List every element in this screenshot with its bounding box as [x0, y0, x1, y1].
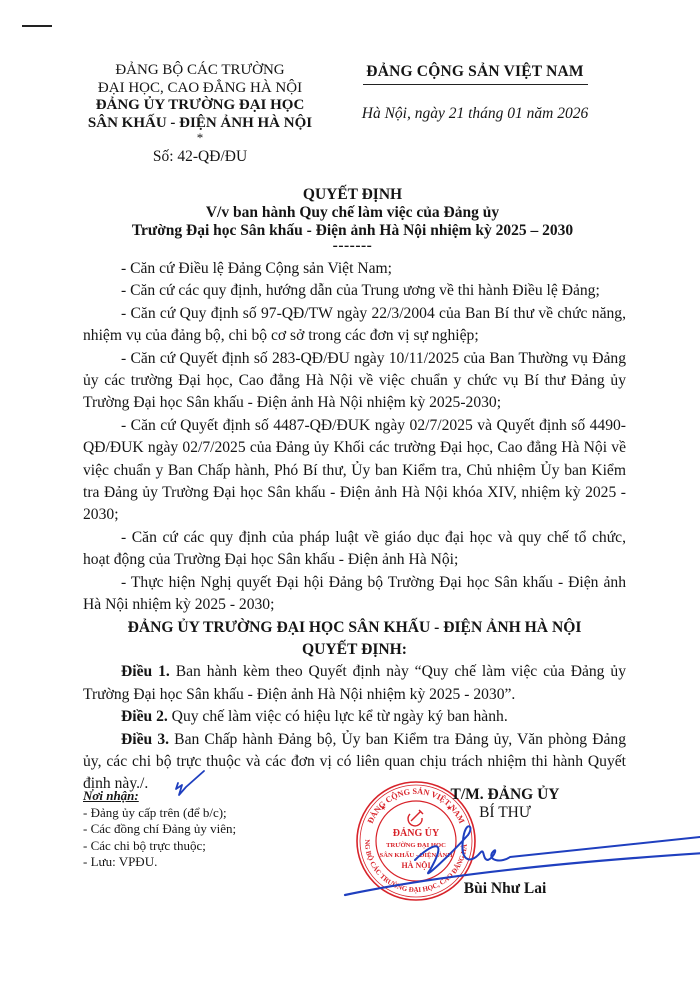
place-and-date: Hà Nội, ngày 21 tháng 01 năm 2026 [355, 105, 595, 123]
title-separator: ------- [80, 240, 625, 252]
article-1-label: Điều 1. [121, 663, 170, 680]
stamp-center-line-4: HÀ NỘI [401, 860, 430, 870]
basis-6: - Căn cứ các quy định của pháp luật về g… [83, 527, 626, 572]
decides-heading: QUYẾT ĐỊNH: [83, 639, 626, 661]
recipient-item: - Lưu: VPĐU. [83, 854, 236, 871]
corner-mark [22, 25, 52, 27]
recipient-item: - Đảng ủy cấp trên (để b/c); [83, 805, 236, 822]
national-header: ĐẢNG CỘNG SẢN VIỆT NAM Hà Nội, ngày 21 t… [355, 63, 595, 123]
hammer-sickle-icon [408, 810, 423, 826]
article-3-label: Điều 3. [121, 731, 169, 748]
document-title-block: QUYẾT ĐỊNH V/v ban hành Quy chế làm việc… [80, 186, 625, 252]
document-body: - Căn cứ Điều lệ Đảng Cộng sản Việt Nam;… [83, 258, 626, 796]
subject-line-1: V/v ban hành Quy chế làm việc của Đảng ủ… [80, 204, 625, 222]
recipients-heading: Nơi nhận: [83, 788, 236, 805]
recipient-item: - Các đồng chí Đảng ủy viên; [83, 821, 236, 838]
article-2-text: Quy chế làm việc có hiệu lực kể từ ngày … [168, 708, 508, 725]
issuing-authority-header: ĐẢNG BỘ CÁC TRƯỜNG ĐẠI HỌC, CAO ĐẲNG HÀ … [80, 62, 320, 166]
signer-title: BÍ THƯ [430, 804, 580, 822]
signer-name: Bùi Như Lai [430, 880, 580, 898]
recipient-item: - Các chi bộ trực thuộc; [83, 838, 236, 855]
star-mark: * [80, 132, 320, 144]
on-behalf-label: T/M. ĐẢNG ỦY [430, 786, 580, 804]
issuer-heading: ĐẢNG ỦY TRƯỜNG ĐẠI HỌC SÂN KHẤU - ĐIỆN Ả… [83, 617, 626, 639]
signature-block: T/M. ĐẢNG ỦY BÍ THƯ Bùi Như Lai [430, 786, 580, 898]
authority-line-1: ĐẢNG BỘ CÁC TRƯỜNG [80, 62, 320, 80]
basis-7: - Thực hiện Nghị quyết Đại hội Đảng bộ T… [83, 572, 626, 617]
authority-line-3: ĐẢNG ỦY TRƯỜNG ĐẠI HỌC [80, 97, 320, 115]
basis-3: - Căn cứ Quy định số 97-QĐ/TW ngày 22/3/… [83, 303, 626, 348]
authority-line-2: ĐẠI HỌC, CAO ĐẲNG HÀ NỘI [80, 80, 320, 98]
document-type: QUYẾT ĐỊNH [80, 186, 625, 204]
recipients-block: Nơi nhận: - Đảng ủy cấp trên (để b/c); -… [83, 788, 236, 871]
document-number: Số: 42-QĐ/ĐU [80, 148, 320, 166]
article-1: Điều 1. Ban hành kèm theo Quyết định này… [83, 661, 626, 706]
basis-5: - Căn cứ Quyết định số 4487-QĐ/ĐUK ngày … [83, 415, 626, 527]
basis-2: - Căn cứ các quy định, hướng dẫn của Tru… [83, 280, 626, 302]
article-2: Điều 2. Quy chế làm việc có hiệu lực kể … [83, 706, 626, 728]
basis-1: - Căn cứ Điều lệ Đảng Cộng sản Việt Nam; [83, 258, 626, 280]
star-icon: ★ [380, 804, 386, 812]
basis-4: - Căn cứ Quyết định số 283-QĐ/ĐU ngày 10… [83, 348, 626, 415]
article-2-label: Điều 2. [121, 708, 168, 725]
party-name-underline [363, 84, 588, 85]
party-name: ĐẢNG CỘNG SẢN VIỆT NAM [355, 63, 595, 81]
